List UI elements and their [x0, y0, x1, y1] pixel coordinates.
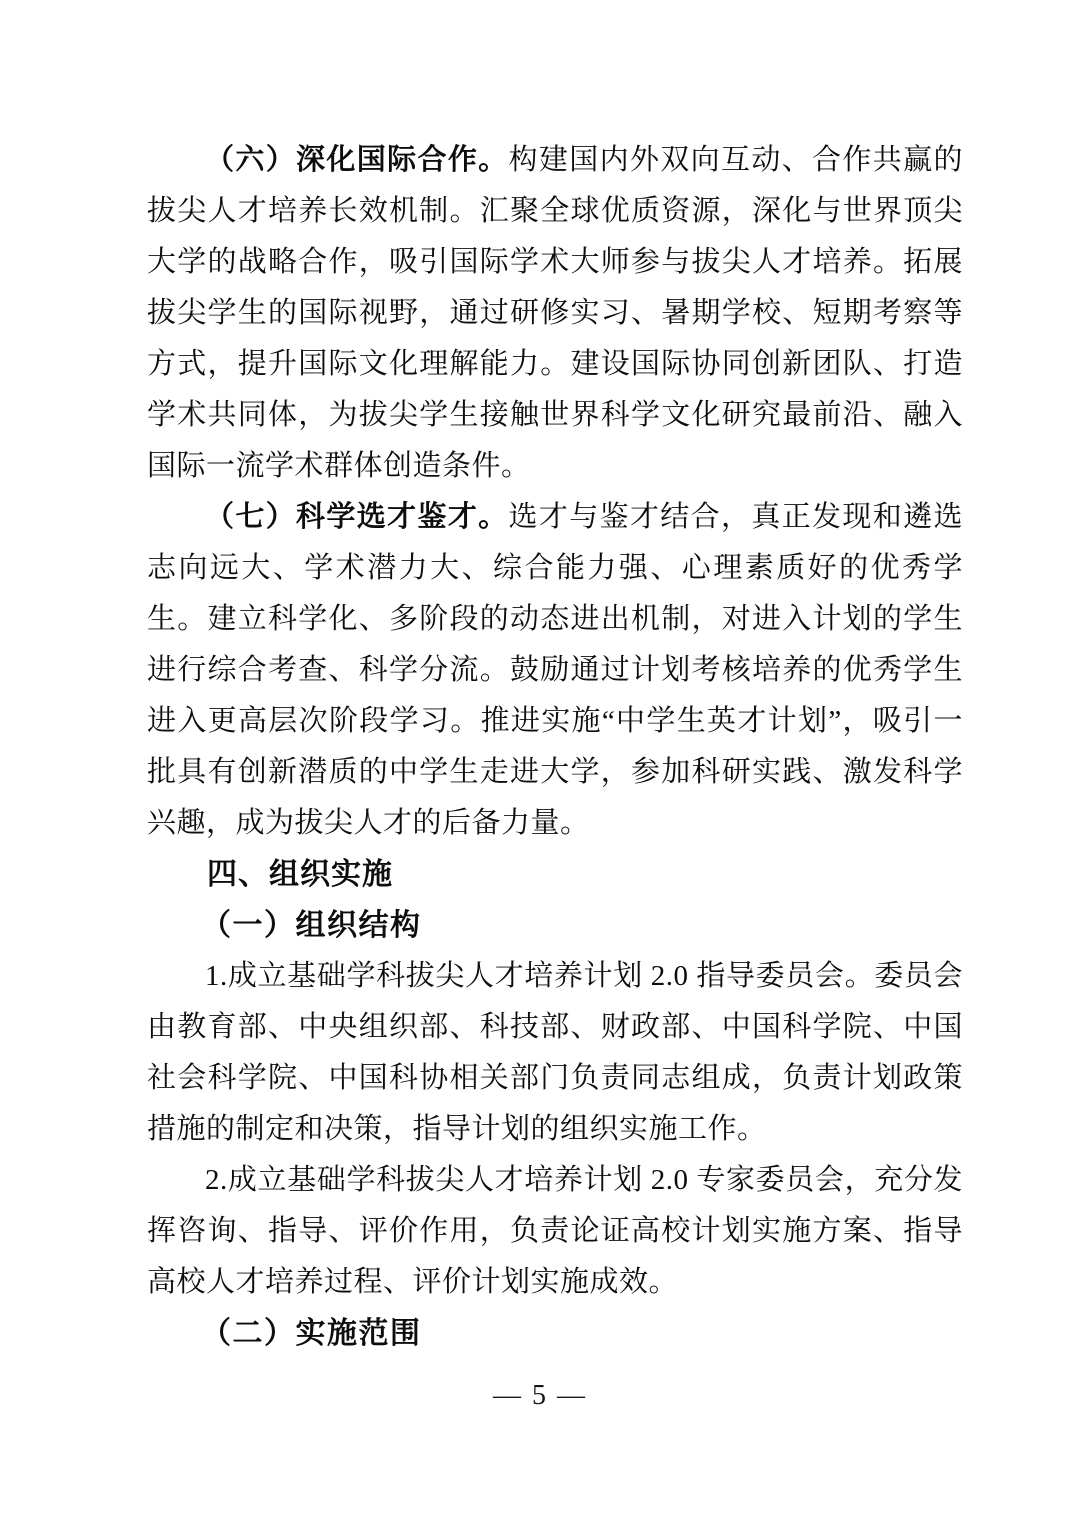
section-heading-4: 四、组织实施 [147, 849, 963, 900]
paragraph-item-7-lead: （七）科学选才鉴才。 [205, 501, 509, 533]
paragraph-item-6: （六）深化国际合作。构建国内外双向互动、合作共赢的拔尖人才培养长效机制。汇聚全球… [147, 135, 963, 492]
paragraph-numbered-2-text: 2.成立基础学科拔尖人才培养计划 2.0 专家委员会，充分发挥咨询、指导、评价作… [147, 1164, 963, 1298]
paragraph-item-7: （七）科学选才鉴才。选才与鉴才结合，真正发现和遴选志向远大、学术潜力大、综合能力… [147, 492, 963, 849]
paragraph-numbered-2: 2.成立基础学科拔尖人才培养计划 2.0 专家委员会，充分发挥咨询、指导、评价作… [147, 1155, 963, 1308]
document-page: （六）深化国际合作。构建国内外双向互动、合作共赢的拔尖人才培养长效机制。汇聚全球… [0, 0, 1080, 1527]
subsection-heading-1-org-structure: （一）组织结构 [147, 900, 963, 951]
document-body: （六）深化国际合作。构建国内外双向互动、合作共赢的拔尖人才培养长效机制。汇聚全球… [147, 135, 963, 1359]
paragraph-item-6-text: 构建国内外双向互动、合作共赢的拔尖人才培养长效机制。汇聚全球优质资源，深化与世界… [147, 144, 963, 482]
paragraph-numbered-1: 1.成立基础学科拔尖人才培养计划 2.0 指导委员会。委员会由教育部、中央组织部… [147, 951, 963, 1155]
subsection-heading-2-scope: （二）实施范围 [147, 1308, 963, 1359]
paragraph-item-7-text: 选才与鉴才结合，真正发现和遴选志向远大、学术潜力大、综合能力强、心理素质好的优秀… [147, 501, 963, 839]
page-number: — 5 — [0, 1376, 1080, 1416]
paragraph-item-6-lead: （六）深化国际合作。 [205, 144, 509, 176]
paragraph-numbered-1-text: 1.成立基础学科拔尖人才培养计划 2.0 指导委员会。委员会由教育部、中央组织部… [147, 960, 963, 1145]
